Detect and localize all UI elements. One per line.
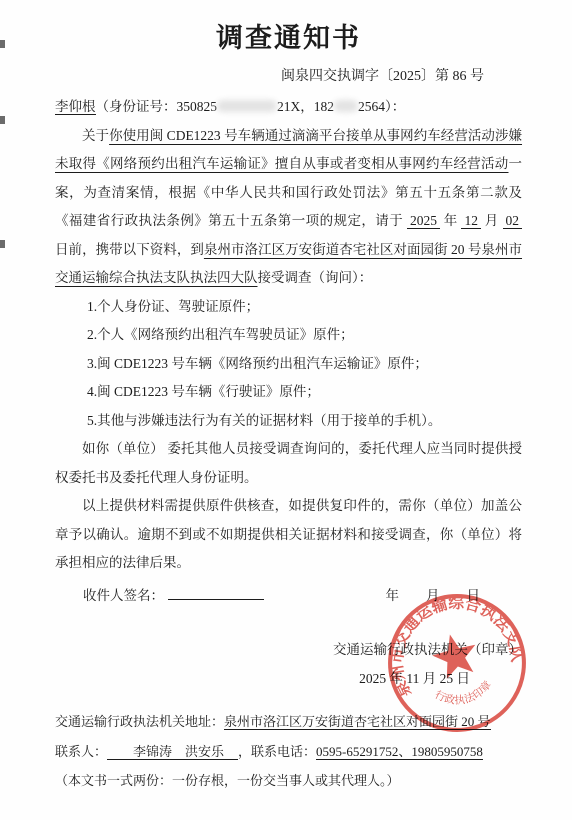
recipient-line: 李仰根（身份证号：35082521X，1822564）：	[55, 93, 522, 122]
list-item: 2.个人《网络预约出租汽车驾驶员证》原件；	[55, 321, 522, 350]
list-item: 1.个人身份证、驾驶证原件；	[55, 293, 522, 322]
required-items-list: 1.个人身份证、驾驶证原件； 2.个人《网络预约出租汽车驾驶员证》原件； 3.闽…	[55, 293, 522, 436]
list-item: 5.其他与涉嫌违法行为有关的证据材料（用于接单的手机）。	[55, 407, 522, 436]
id-part2: 21X，182	[277, 99, 334, 114]
agency-address-line: 交通运输行政执法机关地址：泉州市洛江区万安街道杏宅社区对面园街 20 号	[55, 707, 522, 737]
deadline-year: 2025	[407, 213, 440, 229]
signature-label: 收件人签名：	[83, 588, 164, 603]
agency-address: 泉州市洛江区万安街道杏宅社区对面园街 20 号	[224, 714, 491, 730]
scan-artifact	[0, 40, 5, 48]
id-part3: 2564）：	[358, 99, 405, 114]
issue-date: 2025 年 11 月 25 日	[55, 665, 522, 694]
recipient-name: 李仰根	[55, 99, 96, 115]
scan-artifact	[0, 240, 5, 248]
year-label: 年	[386, 582, 400, 611]
contact-label: 联系人：	[55, 744, 107, 759]
delegation-paragraph: 如你（单位） 委托其他人员接受调查询问的，委托代理人应当同时提供授权委托书及委托…	[55, 435, 522, 492]
footer-block: 交通运输行政执法机关地址：泉州市洛江区万安街道杏宅社区对面园街 20 号 联系人…	[55, 707, 522, 796]
warning-paragraph: 以上提供材料需提供原件供核查，如提供复印件的，需你（单位）加盖公章予以确认。逾期…	[55, 492, 522, 578]
issuing-agency-line: 交通运输行政执法机关（印章）	[55, 636, 522, 665]
day-label: 日	[467, 582, 481, 611]
month-label: 月	[426, 582, 440, 611]
signature-label-group: 收件人签名：	[83, 582, 264, 611]
para1-lead: 关于	[82, 128, 109, 143]
phone-label: ，联系电话：	[238, 744, 316, 759]
contact-phones: 0595-65291752、19805950758	[316, 744, 483, 760]
id-part1: 350825	[177, 99, 218, 114]
date-fill-labels: 年 月 日	[386, 582, 481, 611]
scan-artifact	[0, 116, 5, 124]
copies-note: （本文书一式两份：一份存根，一份交当事人或其代理人。）	[55, 766, 522, 796]
page-title: 调查通知书	[55, 16, 522, 55]
day-suffix: 日前，携带以下资料，到	[55, 242, 204, 257]
redaction-smudge	[217, 100, 277, 112]
signature-row: 收件人签名： 年 月 日	[55, 582, 522, 611]
case-paragraph: 关于你使用闽 CDE1223 号车辆通过滴滴平台接单从事网约车经营活动涉嫌未取得…	[55, 122, 522, 293]
deadline-month: 12	[461, 213, 481, 229]
contact-line: 联系人：李锦涛 洪安乐，联系电话：0595-65291752、198059507…	[55, 737, 522, 767]
redaction-smudge	[334, 100, 358, 112]
month-unit: 月	[481, 213, 503, 228]
id-prefix: （身份证号：	[96, 99, 177, 114]
charge-underlined: 你使用闽 CDE1223 号车辆通过滴滴平台接单从事网约车经营活动涉嫌未取得《网…	[55, 128, 522, 172]
deadline-day: 02	[503, 213, 523, 229]
signature-blank-line	[168, 584, 264, 600]
notice-document-page: 调查通知书 闽泉四交执调字〔2025〕第 86 号 李仰根（身份证号：35082…	[0, 0, 572, 820]
list-item: 3.闽 CDE1223 号车辆《网络预约出租汽车运输证》原件；	[55, 350, 522, 379]
address-label: 交通运输行政执法机关地址：	[55, 714, 224, 729]
list-item: 4.闽 CDE1223 号车辆《行驶证》原件；	[55, 378, 522, 407]
contact-names: 李锦涛 洪安乐	[107, 744, 238, 760]
year-unit: 年	[440, 213, 462, 228]
para1-tail: 接受调查（询问）：	[258, 270, 373, 285]
document-number: 闽泉四交执调字〔2025〕第 86 号	[55, 67, 522, 87]
